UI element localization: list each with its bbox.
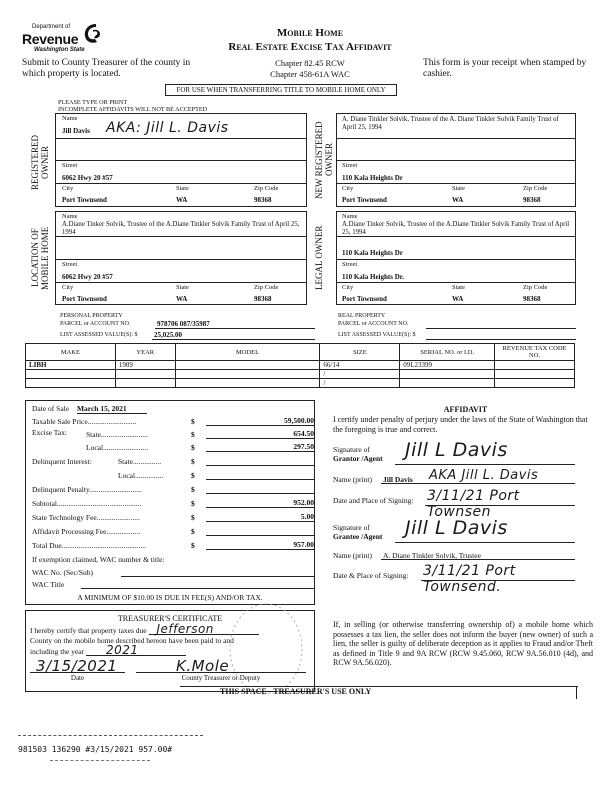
- table-row: /: [26, 379, 575, 388]
- real-property-heading: REAL PROPERTY: [338, 312, 578, 320]
- cell-model[interactable]: [175, 379, 320, 388]
- new-registered-owner-label: NEW REGISTEREDOWNER: [314, 113, 336, 207]
- new-owner-city-row[interactable]: City State Zip Code Port Townsend WA 983…: [337, 184, 575, 207]
- treasurer-certificate: TREASURER'S CERTIFICATE I hereby certify…: [25, 610, 315, 692]
- location-box: Name A.Diane Tinker Solvik, Trustee of t…: [55, 211, 307, 305]
- cashier-receipt-stamp: 981503 136290 #3/15/2021 957.00#: [18, 745, 172, 754]
- treasurer-line3: including the year 2021: [30, 645, 186, 656]
- location-zip: 98368: [254, 295, 272, 303]
- treasurer-space-divider: [576, 687, 577, 699]
- taxable-sale-price-value[interactable]: 59,500.00: [206, 416, 314, 426]
- county-seal-stamp-icon: [226, 591, 316, 701]
- grantor-name-row: Name (print) Jill Davis AKA Jill L. Davi…: [333, 469, 598, 487]
- logo-state: Washington State: [34, 47, 85, 53]
- header-make: MAKE: [26, 344, 116, 361]
- receipt-note: This form is your receipt when stamped b…: [423, 58, 600, 80]
- registered-owner-aka-handwritten: AKA: Jill L. Davis: [106, 120, 229, 136]
- personal-assessed-field[interactable]: 25,025.00: [152, 331, 315, 340]
- excise-local-value[interactable]: 297.50: [206, 442, 314, 452]
- delinquent-penalty-label: Delinquent Penalty......................…: [32, 485, 142, 494]
- table-row: /: [26, 370, 575, 379]
- header-serial: SERIAL NO. or I.D.: [400, 344, 495, 361]
- cell-make[interactable]: LIBH: [26, 361, 116, 370]
- instruction-line2: INCOMPLETE AFFIDAVITS WILL NOT BE ACCEPT…: [58, 106, 207, 113]
- chapter-references: Chapter 82.45 RCW Chapter 458-61A WAC: [245, 58, 375, 80]
- registered-owner-name-line2[interactable]: [56, 139, 306, 161]
- legal-owner-name-line2[interactable]: 110 Kala Heights Dr: [337, 237, 575, 260]
- grantee-name-row: Name (print) A. Diane Tinkler Solvik, Tr…: [333, 548, 598, 562]
- personal-parcel-field[interactable]: 978706 087/35987: [155, 320, 315, 329]
- grantor-name-handwritten: AKA Jill L. Davis: [429, 468, 538, 483]
- delinquent-interest-state-value[interactable]: [206, 456, 314, 466]
- legal-owner-name: A.Diane Tinker Solvik, Trustee of the A.…: [342, 221, 574, 237]
- delinquent-state-label: State...............: [118, 457, 161, 466]
- exemption-label: If exemption claimed, WAC number & title…: [32, 555, 165, 564]
- legal-owner-label: LEGAL OWNER: [314, 211, 336, 305]
- submit-instructions: Submit to County Treasurer of the county…: [22, 58, 202, 80]
- grantor-date-row: Date and Place of Signing: 3/11/21 Port …: [333, 489, 598, 509]
- affidavit-heading: AFFIDAVIT: [333, 405, 598, 414]
- location-street-field[interactable]: Street 6062 Hwy 20 #57: [56, 260, 306, 283]
- grantor-signature: Jill L Davis: [405, 439, 508, 461]
- real-property-section: REAL PROPERTY PARCEL or ACCOUNT NO. LIST…: [338, 312, 578, 342]
- cell-year[interactable]: 1989: [115, 361, 175, 370]
- new-owner-street-field[interactable]: Street 110 Kala Heights Dr: [337, 161, 575, 184]
- treasurer-year-field[interactable]: 2021: [86, 645, 186, 656]
- subtotal-label: Subtotal................................…: [32, 499, 141, 508]
- registered-owner-label: REGISTEREDOWNER: [30, 118, 52, 208]
- table-header-row: MAKE YEAR MODEL SIZE SERIAL NO. or I.D. …: [26, 344, 575, 361]
- wac-title-field[interactable]: [81, 579, 314, 589]
- location-label: LOCATION OFMOBILE HOME: [30, 212, 52, 304]
- logo-dept: Department of: [32, 24, 70, 30]
- stamp-top-line: [18, 735, 203, 736]
- grantee-name-field[interactable]: A. Diane Tinkler Solvik, Trustee: [381, 548, 575, 560]
- delinquent-local-label: Local...............: [118, 471, 163, 480]
- registered-owner-street-field[interactable]: Street 6062 Hwy 20 #57: [56, 161, 306, 184]
- personal-parcel-value: 978706 087/35987: [155, 320, 210, 328]
- cell-make[interactable]: [26, 379, 116, 388]
- registered-owner-box: Name Jill Davis AKA: Jill L. Davis Stree…: [55, 113, 307, 207]
- personal-property-section: PERSONAL PROPERTY PARCEL or ACCOUNT NO. …: [60, 312, 318, 342]
- cell-size[interactable]: /: [320, 370, 400, 379]
- real-parcel-field[interactable]: [426, 320, 576, 329]
- location-name-field[interactable]: Name A.Diane Tinker Solvik, Trustee of t…: [56, 212, 306, 237]
- location-name: A.Diane Tinker Solvik, Trustee of the A.…: [62, 221, 306, 237]
- logo-name: Revenue: [22, 31, 78, 47]
- location-state: WA: [176, 295, 187, 303]
- tax-calculation-box: Date of Sale March 15, 2021 Taxable Sale…: [25, 400, 315, 605]
- legal-owner-name-line3: 110 Kala Heights Dr: [342, 249, 403, 257]
- legal-owner-state: WA: [452, 295, 463, 303]
- header-year: YEAR: [115, 344, 175, 361]
- registered-owner-state: WA: [176, 196, 187, 204]
- delinquent-interest-local-value[interactable]: [206, 470, 314, 480]
- excise-local-label: Local........................: [86, 443, 148, 452]
- legal-owner-city: Port Townsend: [342, 295, 387, 303]
- location-name-line2[interactable]: [56, 237, 306, 260]
- new-owner-state: WA: [452, 196, 463, 204]
- legal-owner-street-field[interactable]: Street 110 Kala Heights Dr.: [337, 260, 575, 283]
- tax-lien-notice: If, in selling (or otherwise transferrin…: [333, 620, 593, 668]
- grantee-date-place-field[interactable]: 3/11/21 Port Townsend.: [421, 564, 575, 581]
- wac-no-label: WAC No. (Sec/Sub): [32, 568, 93, 577]
- real-assessed-field[interactable]: [426, 331, 576, 340]
- legal-owner-zip: 98368: [523, 295, 541, 303]
- delinquent-interest-label: Delinquent Interest:: [32, 457, 92, 466]
- affidavit-certify-text: I certify under penalty of perjury under…: [333, 415, 598, 435]
- dor-swirl-icon: [82, 22, 104, 44]
- grantor-signature-field[interactable]: Jill L Davis: [395, 441, 575, 465]
- form-title-line1: Mobile Home: [200, 27, 420, 39]
- affidavit-processing-fee-value[interactable]: [206, 526, 314, 536]
- header-tax-code: REVENUE TAX CODE NO.: [495, 344, 575, 361]
- header-size: SIZE: [320, 344, 400, 361]
- chapter-wac: Chapter 458-61A WAC: [245, 69, 375, 80]
- legal-owner-box: Name A.Diane Tinker Solvik, Trustee of t…: [336, 211, 576, 305]
- legal-owner-street: 110 Kala Heights Dr.: [342, 273, 404, 281]
- new-owner-name: A. Diane Tinkler Solvik, Trustee of the …: [342, 116, 572, 132]
- wac-no-field[interactable]: [121, 567, 314, 577]
- personal-assessed-value: 25,025.00: [152, 331, 182, 339]
- location-city-row[interactable]: City State Zip Code Port Townsend WA 983…: [56, 283, 306, 305]
- registered-owner-name-field[interactable]: Name Jill Davis AKA: Jill L. Davis: [56, 114, 306, 139]
- grantee-date-row: Date & Place of Signing: 3/11/21 Port To…: [333, 564, 598, 584]
- dor-logo: Department of Revenue Washington State: [22, 22, 102, 62]
- registered-owner-zip: 98368: [254, 196, 272, 204]
- legal-owner-name-field[interactable]: Name A.Diane Tinker Solvik, Trustee of t…: [337, 212, 575, 237]
- new-owner-city: Port Townsend: [342, 196, 387, 204]
- cell-tax-code[interactable]: [495, 370, 575, 379]
- location-street: 6062 Hwy 20 #57: [62, 273, 113, 281]
- excise-state-value[interactable]: 654.50: [206, 429, 314, 439]
- mobile-home-table: MAKE YEAR MODEL SIZE SERIAL NO. or I.D. …: [25, 343, 575, 388]
- total-due-value[interactable]: 957.00: [206, 540, 314, 550]
- affidavit-section: AFFIDAVIT I certify under penalty of per…: [333, 405, 598, 584]
- state-technology-fee-value[interactable]: 5.00: [206, 512, 314, 522]
- grantor-name-field[interactable]: Jill Davis AKA Jill L. Davis: [381, 469, 575, 484]
- new-registered-owner-box: A. Diane Tinkler Solvik, Trustee of the …: [336, 113, 576, 207]
- form-title-line2: Real Estate Excise Tax Affidavit: [180, 41, 440, 53]
- grantor-name: Jill Davis: [383, 475, 413, 484]
- personal-property-heading: PERSONAL PROPERTY: [60, 312, 318, 320]
- grantee-signature: Jill L Davis: [405, 517, 508, 539]
- state-technology-fee-label: State Technology Fee....................…: [32, 513, 140, 522]
- location-city: Port Townsend: [62, 295, 107, 303]
- treasurer-date-field[interactable]: 3/15/2021: [30, 657, 125, 673]
- cell-make[interactable]: [26, 370, 116, 379]
- treasurer-line1: I hereby certify that property taxes due…: [30, 624, 259, 635]
- registered-owner-city: Port Townsend: [62, 196, 107, 204]
- form-instructions: PLEASE TYPE OR PRINT INCOMPLETE AFFIDAVI…: [58, 99, 207, 113]
- grantee-name: A. Diane Tinkler Solvik, Trustee: [383, 551, 481, 560]
- cell-size[interactable]: 66/14: [320, 361, 400, 370]
- legal-owner-city-row[interactable]: City State Zip Code Port Townsend WA 983…: [337, 283, 575, 305]
- treasurer-use-only-banner: THIS SPACE - TREASURER'S USE ONLY: [180, 686, 578, 696]
- stamp-bottom-line: [50, 760, 150, 761]
- treasurer-date-label: Date: [30, 674, 125, 682]
- grantee-signature-row: Signature of Grantee /Agent Jill L Davis: [333, 519, 598, 545]
- date-of-sale-value[interactable]: March 15, 2021: [77, 404, 147, 414]
- new-owner-street: 110 Kala Heights Dr: [342, 174, 403, 182]
- treasurer-date: 3/15/2021: [30, 657, 117, 675]
- for-use-banner: FOR USE WHEN TRANSFERRING TITLE TO MOBIL…: [165, 84, 397, 96]
- grantee-date-place: 3/11/21 Port Townsend.: [423, 563, 575, 595]
- grantor-date-place-field[interactable]: 3/11/21 Port Townsen: [425, 489, 575, 506]
- chapter-rcw: Chapter 82.45 RCW: [245, 58, 375, 69]
- delinquent-penalty-value[interactable]: [206, 484, 314, 494]
- date-of-sale-row: Date of Sale March 15, 2021: [32, 404, 147, 414]
- taxable-sale-price-label: Taxable Sale Price......................…: [32, 417, 136, 426]
- cell-size[interactable]: /: [320, 379, 400, 388]
- instruction-line1: PLEASE TYPE OR PRINT: [58, 99, 207, 106]
- cell-tax-code[interactable]: [495, 379, 575, 388]
- cell-year[interactable]: [115, 370, 175, 379]
- grantor-signature-row: Signature of Grantor /Agent Jill L Davis: [333, 441, 598, 467]
- excise-tax-label: Excise Tax:: [32, 428, 67, 437]
- registered-owner-city-row[interactable]: City State Zip Code Port Townsend WA 983…: [56, 184, 306, 207]
- grantee-signature-field[interactable]: Jill L Davis: [395, 519, 575, 543]
- registered-owner-street: 6062 Hwy 20 #57: [62, 174, 113, 182]
- affidavit-processing-fee-label: Affidavit Processing Fee................…: [32, 527, 140, 536]
- new-owner-name-field[interactable]: A. Diane Tinkler Solvik, Trustee of the …: [337, 114, 575, 139]
- grantor-date-place: 3/11/21 Port Townsen: [427, 488, 575, 520]
- new-owner-zip: 98368: [523, 196, 541, 204]
- subtotal-value[interactable]: 952.00: [206, 498, 314, 508]
- registered-owner-name: Jill Davis: [62, 127, 90, 135]
- cell-year[interactable]: [115, 379, 175, 388]
- total-due-label: Total Due...............................…: [32, 541, 146, 550]
- wac-title-label: WAC Title: [32, 580, 64, 589]
- treasurer-signature: K.Mole: [136, 657, 229, 675]
- excise-state-label: State.........................: [86, 430, 148, 439]
- cell-serial[interactable]: [400, 379, 495, 388]
- table-row: LIBH 1989 66/14 09L23399: [26, 361, 575, 370]
- cell-model[interactable]: [175, 361, 320, 370]
- cell-model[interactable]: [175, 370, 320, 379]
- new-owner-name-line2[interactable]: [337, 139, 575, 161]
- cell-tax-code[interactable]: [495, 361, 575, 370]
- cell-serial[interactable]: [400, 370, 495, 379]
- cell-serial[interactable]: 09L23399: [400, 361, 495, 370]
- header-model: MODEL: [175, 344, 320, 361]
